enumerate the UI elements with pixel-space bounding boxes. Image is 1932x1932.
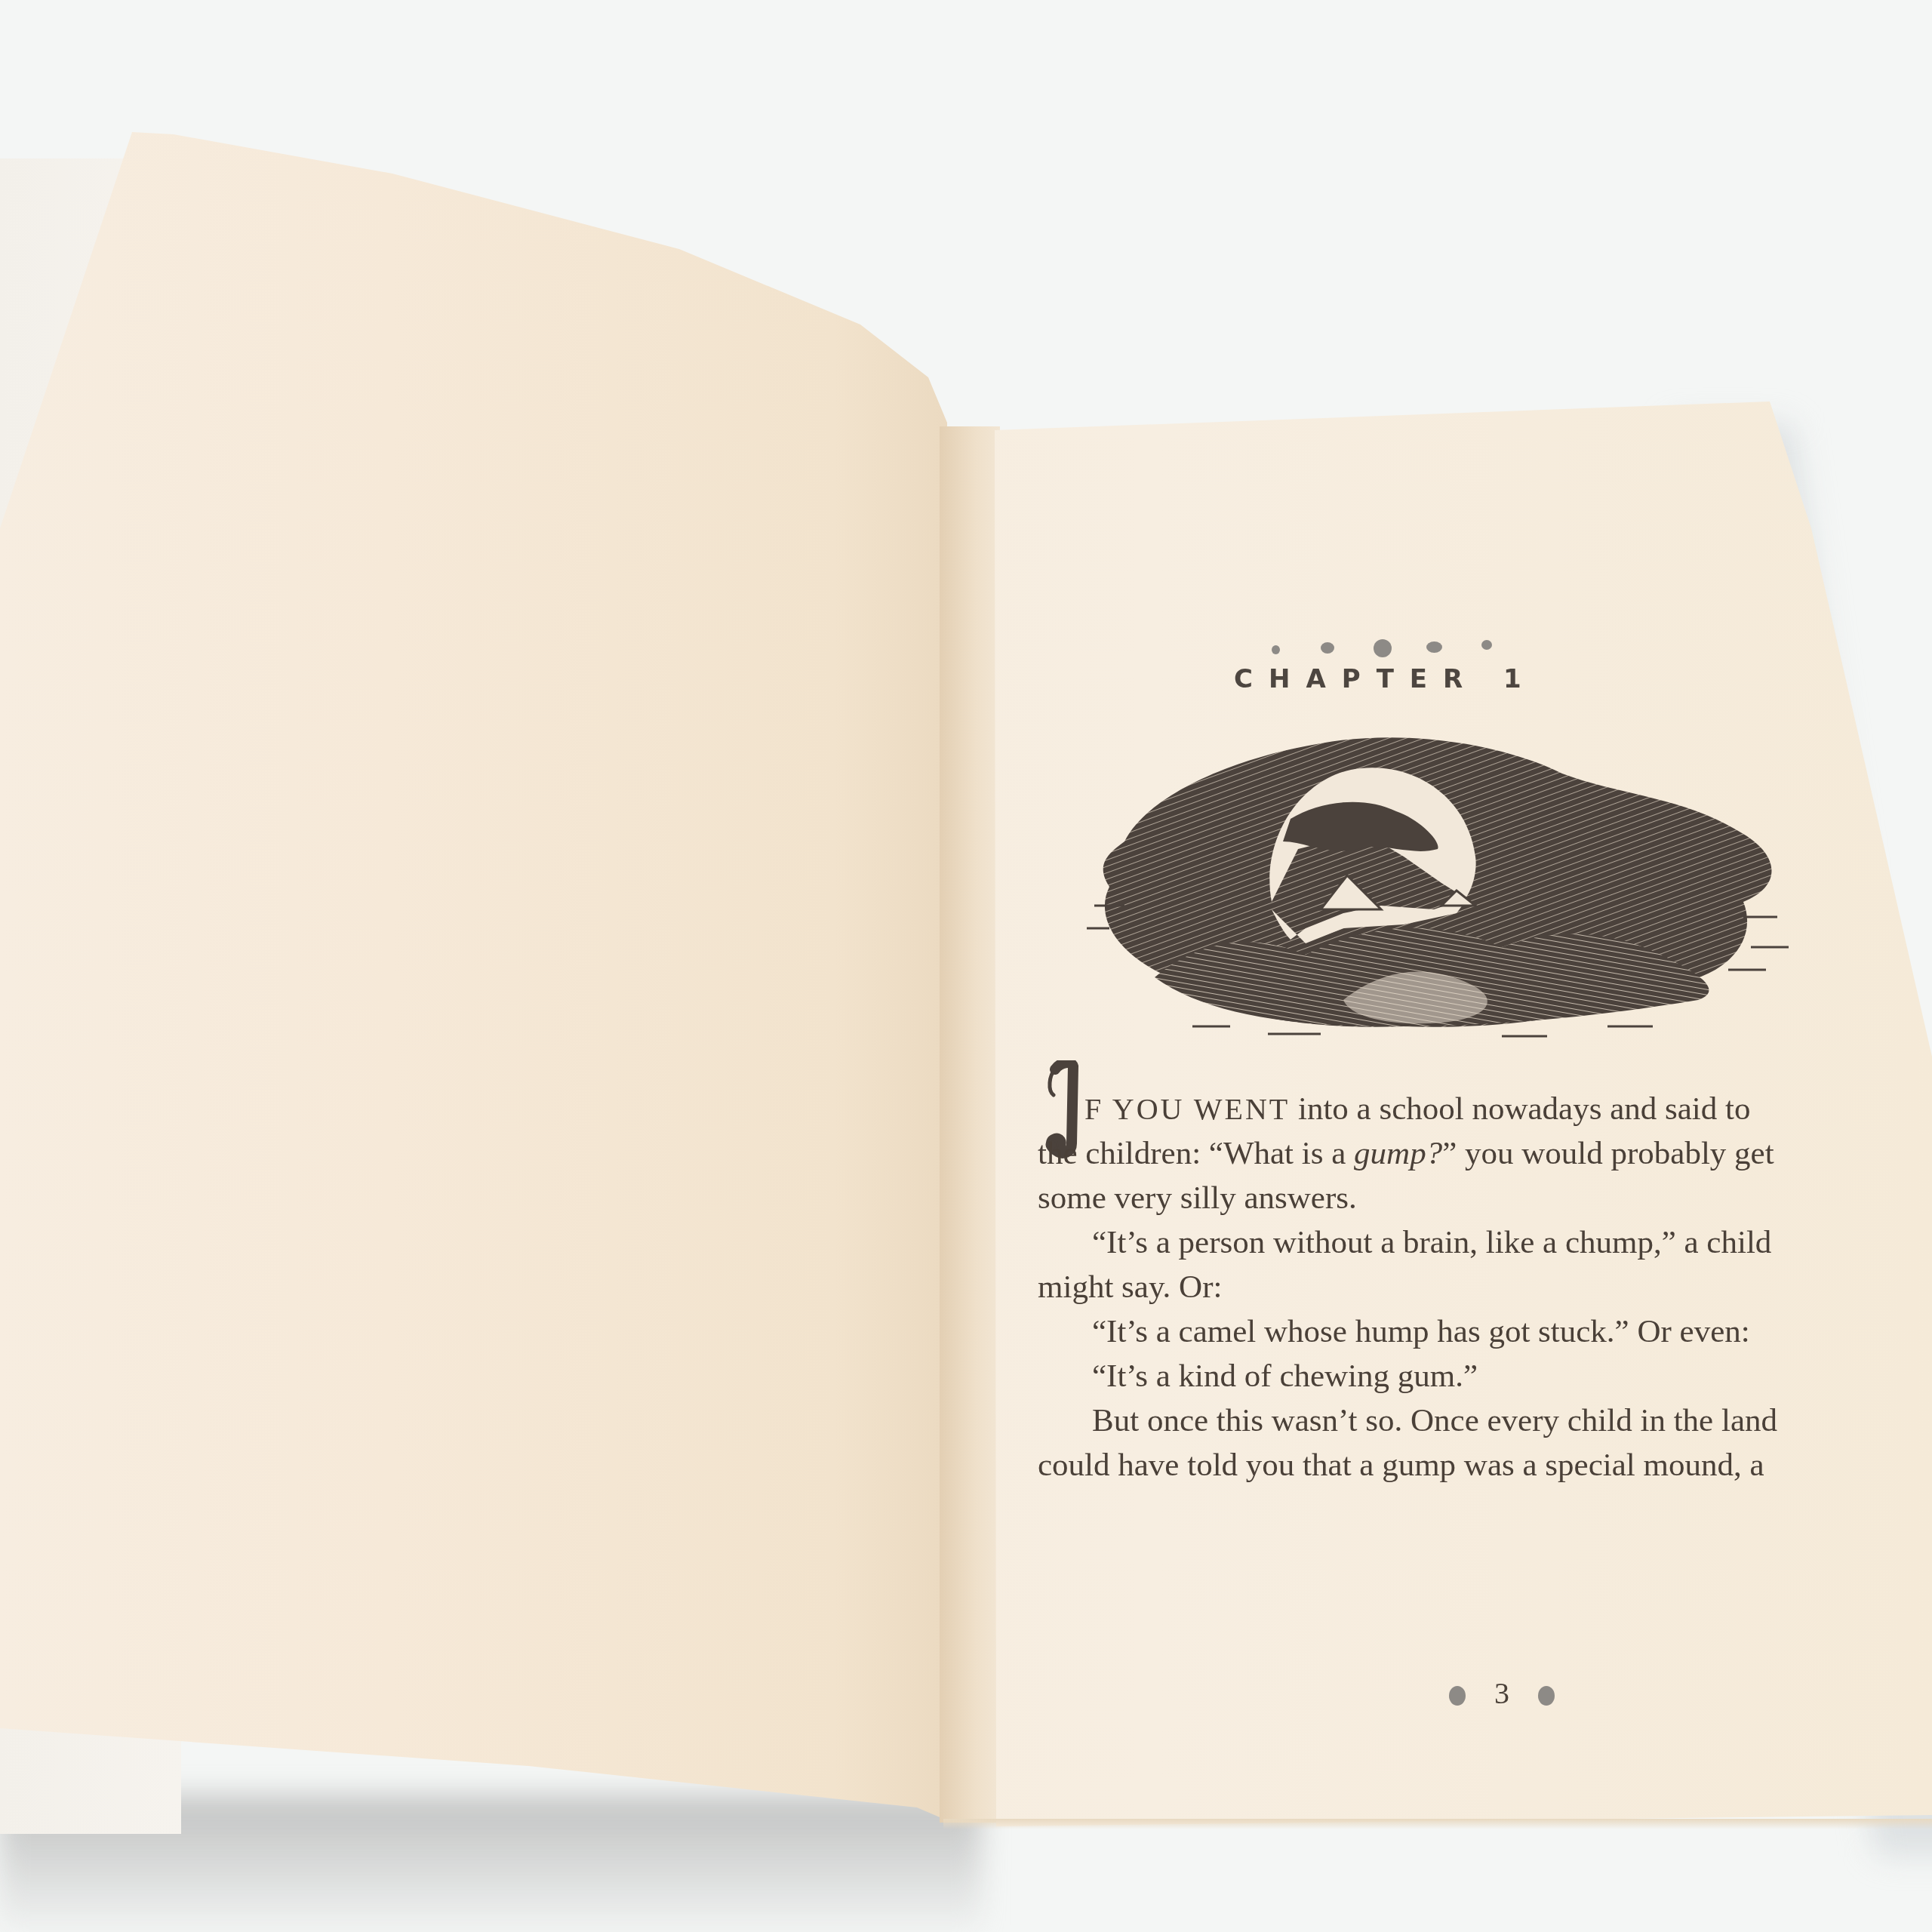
text-line: F YOU WENT into a school nowadays and sa… (1038, 1087, 1932, 1131)
text-line: the children: “What is a gump?” you woul… (1038, 1131, 1932, 1176)
text-line: could have told you that a gump was a sp… (1038, 1443, 1932, 1487)
ornament-dot-icon (1449, 1686, 1466, 1706)
page-bottom-edge (943, 1819, 1932, 1829)
page-number: 3 (1449, 1675, 1555, 1706)
book-gutter (940, 426, 1000, 1823)
text-line: some very silly answers. (1038, 1176, 1932, 1220)
chapter-heading: CHAPTER 1 (1234, 664, 1537, 694)
text-line: “It’s a camel whose hump has got stuck.”… (1038, 1309, 1932, 1354)
ornament-dots-icon (1272, 638, 1498, 660)
text-line: “It’s a person without a brain, like a c… (1038, 1220, 1932, 1265)
page-number-value: 3 (1494, 1676, 1509, 1710)
photo-scene: CHAPTER 1 (0, 0, 1932, 1932)
text-line: might say. Or: (1038, 1265, 1932, 1309)
text-line: But once this wasn’t so. Once every chil… (1038, 1398, 1932, 1443)
left-page-blank (0, 0, 981, 1932)
moon-landscape-illustration (1079, 728, 1796, 1045)
chapter-body-text: F YOU WENT into a school nowadays and sa… (1038, 1087, 1932, 1487)
text-line: “It’s a kind of chewing gum.” (1038, 1354, 1932, 1398)
ornament-dot-icon (1538, 1686, 1555, 1706)
